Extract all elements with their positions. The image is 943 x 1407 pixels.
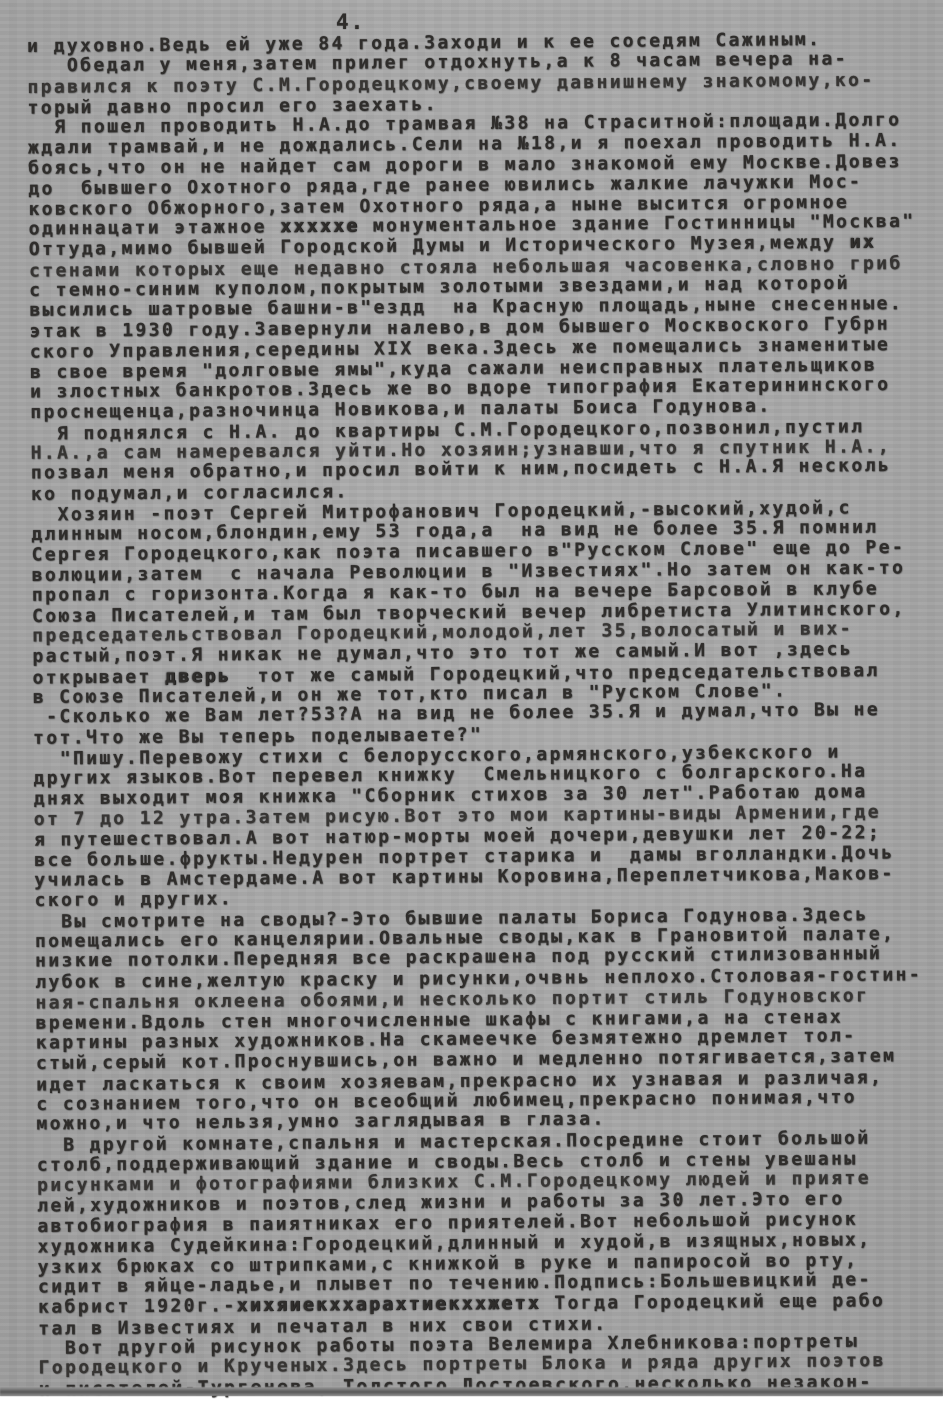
text-segment: открывает [33, 666, 166, 688]
text-segment: ского и других. [34, 889, 233, 912]
overstruck-text: дверь [165, 665, 231, 687]
document-page: 4. и духовно.Ведь ей уже 84 года.Заходи … [0, 0, 943, 1396]
overstruck-text: хихяиекххарахтиекххжетх [237, 1293, 542, 1316]
typewritten-text-block: и духовно.Ведь ей уже 84 года.Заходи и к… [27, 29, 943, 1400]
overstruck-text: их [849, 232, 876, 253]
text-segment: торый давно просил его заехать. [28, 94, 439, 119]
page-number: 4. [336, 10, 365, 34]
overstruck-text: хххххе [280, 216, 360, 238]
text-segment: Тогда Городецкий еще рабо [541, 1291, 885, 1315]
scan-edge-shadow [0, 1387, 943, 1396]
text-segment: ко подумал,и согласился. [31, 481, 349, 505]
text-segment: тал в Известиях и печатал в них свои сти… [38, 1313, 607, 1339]
text-segment: можно,и что нельзя,умно заглядывая в гла… [36, 1109, 605, 1135]
text-segment: одиннацати этажное [29, 216, 281, 239]
text-segment: кабрист 1920г.- [38, 1296, 237, 1319]
text-segment: монументальное здание Гостинницы "Москва… [360, 211, 916, 237]
